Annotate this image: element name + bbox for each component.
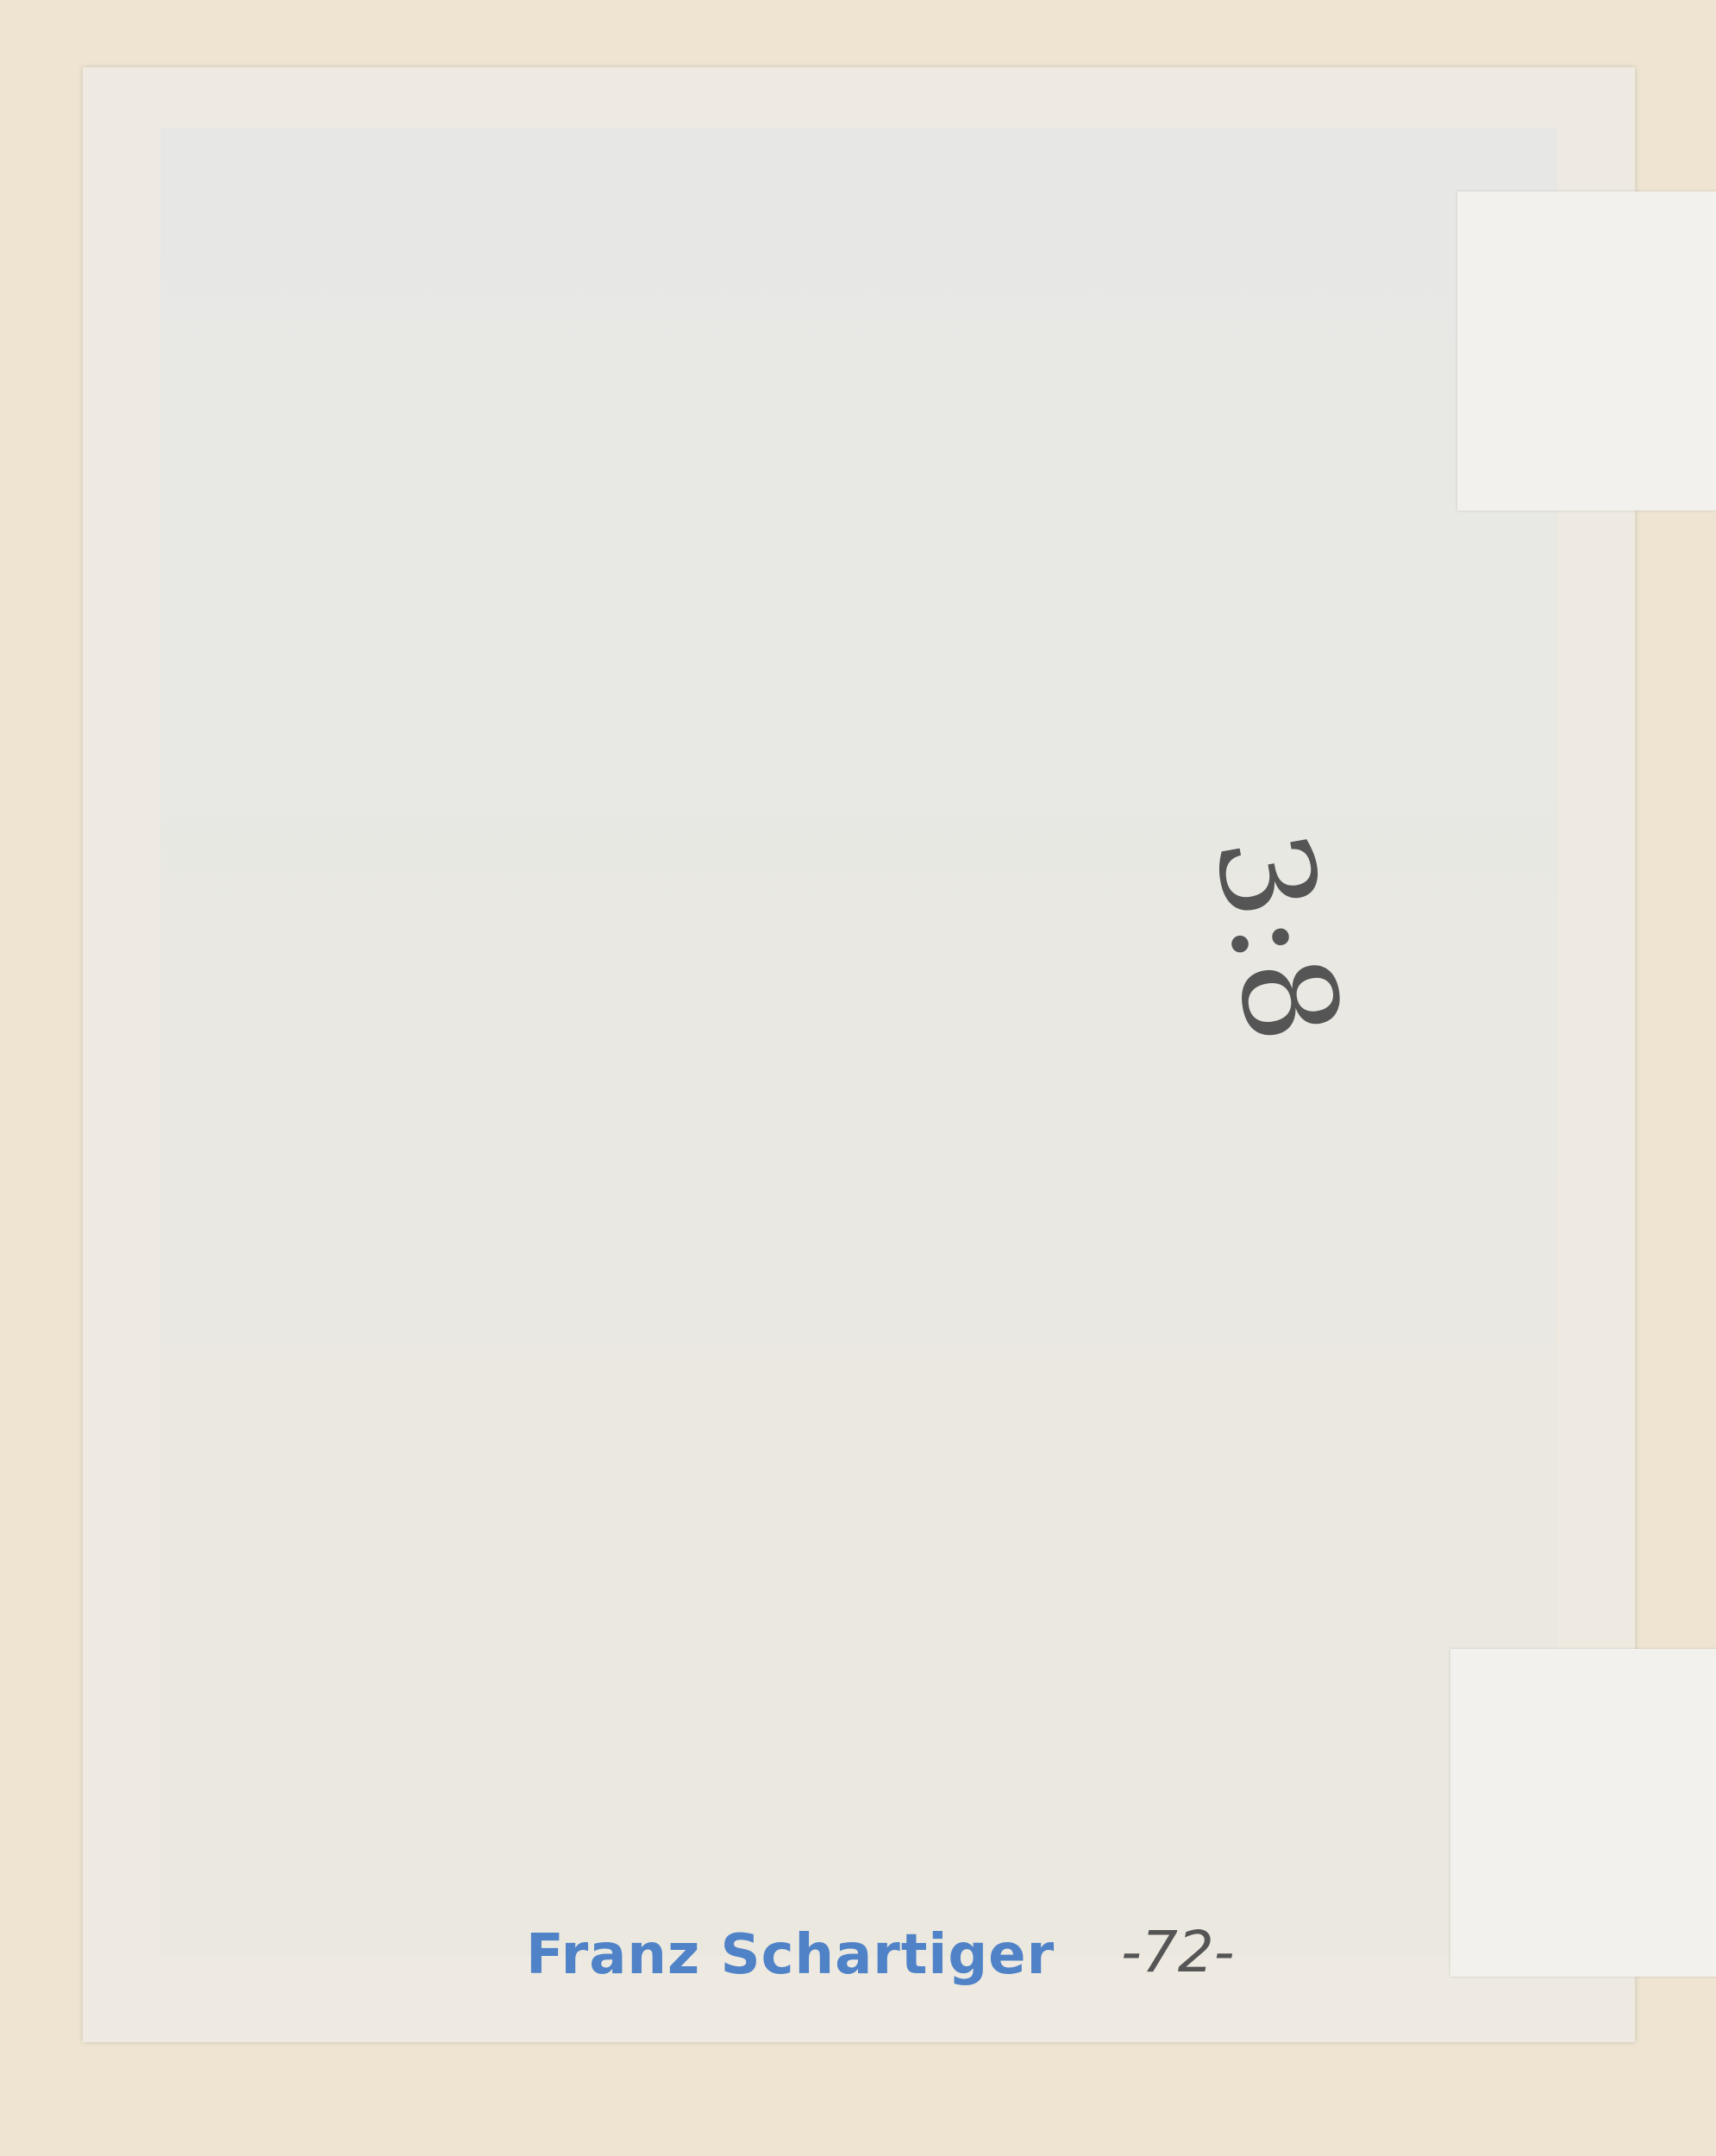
plate-area <box>160 128 1557 1956</box>
pencil-number: -72- <box>1121 1919 1235 1985</box>
paper-sheet <box>83 67 1635 2042</box>
tape-top <box>1457 191 1716 511</box>
collector-stamp: Franz Schartiger <box>526 1923 1055 1987</box>
tape-bottom <box>1450 1649 1716 1977</box>
